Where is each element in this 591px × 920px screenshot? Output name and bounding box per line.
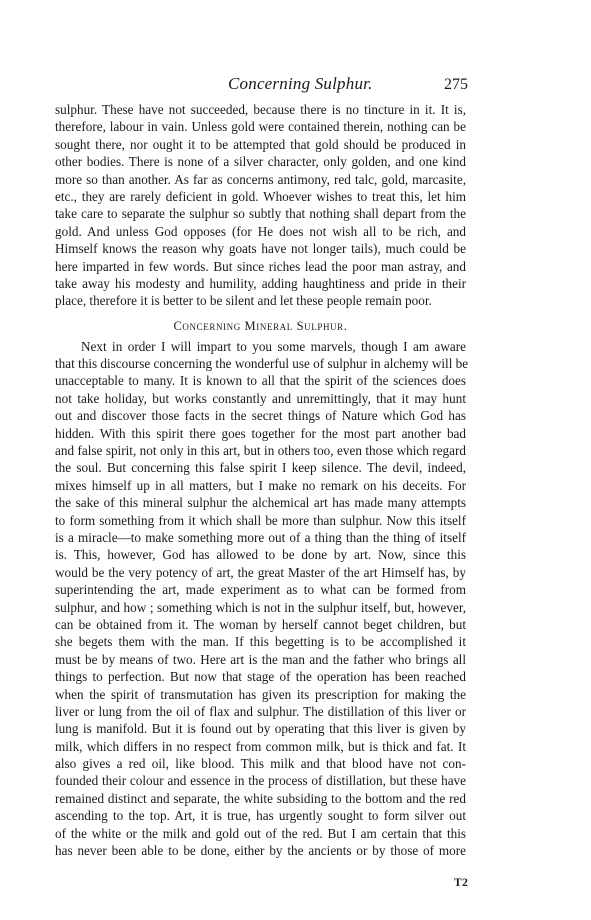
- text-line: take away his modesty and humility, addi…: [55, 275, 466, 292]
- text-line: milk, which differs in no respect from c…: [55, 738, 466, 755]
- text-line: superintending the art, made experiment …: [55, 581, 466, 598]
- text-line: place, therefore it is better to be sile…: [55, 292, 466, 309]
- text-line: must be by means of two. Here art is the…: [55, 651, 466, 668]
- text-line: gold. And unless God opposes (for He doe…: [55, 223, 466, 240]
- text-line: unacceptable to many. It is known to all…: [55, 372, 466, 389]
- text-line: and false spirit, not only in this art, …: [55, 442, 466, 459]
- text-line: she begets them with the man. If this be…: [55, 633, 466, 650]
- text-line: not take holiday, but works constantly a…: [55, 390, 466, 407]
- text-line: sulphur. These have not succeeded, becau…: [55, 101, 466, 118]
- text-line: that this discourse concerning the wonde…: [55, 355, 466, 372]
- text-line: Himself knows the reason why goats have …: [55, 240, 466, 257]
- running-title: Concerning Sulphur.: [228, 74, 373, 94]
- text-line: etc., they are rarely deficient in gold.…: [55, 188, 466, 205]
- text-line: is. This, however, God has allowed to be…: [55, 546, 466, 563]
- text-line: of the white or the milk and gold out of…: [55, 825, 466, 842]
- text-line: is a miracle—to make something more out …: [55, 529, 466, 546]
- text-line: also gives a red oil, like blood. This m…: [55, 755, 466, 772]
- running-head: Concerning Sulphur. 275: [62, 74, 468, 94]
- text-line: has never been able to be done, either b…: [55, 842, 466, 859]
- text-line: take care to separate the sulphur so sub…: [55, 205, 466, 222]
- section-heading: Concerning Mineral Sulphur.: [55, 317, 466, 336]
- page-number: 275: [444, 76, 468, 94]
- text-line: Next in order I will impart to you some …: [55, 338, 466, 355]
- paragraph-mineral-sulphur: Next in order I will impart to you some …: [55, 338, 466, 860]
- text-line: things to perfection. But now that stage…: [55, 668, 466, 685]
- text-line: mixes himself up in all matters, but I m…: [55, 477, 466, 494]
- paragraph-continuation: sulphur. These have not succeeded, becau…: [55, 101, 466, 310]
- text-line: sought there, nor ought it to be attempt…: [55, 136, 466, 153]
- text-line: would be the very potency of art, the gr…: [55, 564, 466, 581]
- text-line: sulphur, and how ; something which is no…: [55, 599, 466, 616]
- text-line: out and discover those facts in the secr…: [55, 407, 466, 424]
- text-line: ascending to the top. Art, it is true, h…: [55, 807, 466, 824]
- text-line: when the spirit of transmutation has giv…: [55, 686, 466, 703]
- body-text: sulphur. These have not succeeded, becau…: [55, 101, 466, 859]
- text-line: can be obtained from it. The woman by he…: [55, 616, 466, 633]
- text-line: lung is manifold. But it is found out by…: [55, 720, 466, 737]
- text-line: the sake of this mineral sulphur the alc…: [55, 494, 466, 511]
- text-line: more so than another. As far as concerns…: [55, 171, 466, 188]
- signature-mark: T2: [454, 877, 468, 889]
- book-page: Concerning Sulphur. 275 sulphur. These h…: [0, 0, 591, 920]
- text-line: to form something from it which shall be…: [55, 512, 466, 529]
- text-line: therefore, labour in vain. Unless gold w…: [55, 118, 466, 135]
- text-line: the soul. But concerning this false spir…: [55, 459, 466, 476]
- text-line: remained distinct and separate, the whit…: [55, 790, 466, 807]
- text-line: founded their colour and essence in the …: [55, 772, 466, 789]
- text-line: other bodies. There is none of a silver …: [55, 153, 466, 170]
- text-line: hidden. With this spirit there goes toge…: [55, 425, 466, 442]
- text-line: liver or lung from the oil of flax and s…: [55, 703, 466, 720]
- text-line: here imparted in few words. But since ri…: [55, 258, 466, 275]
